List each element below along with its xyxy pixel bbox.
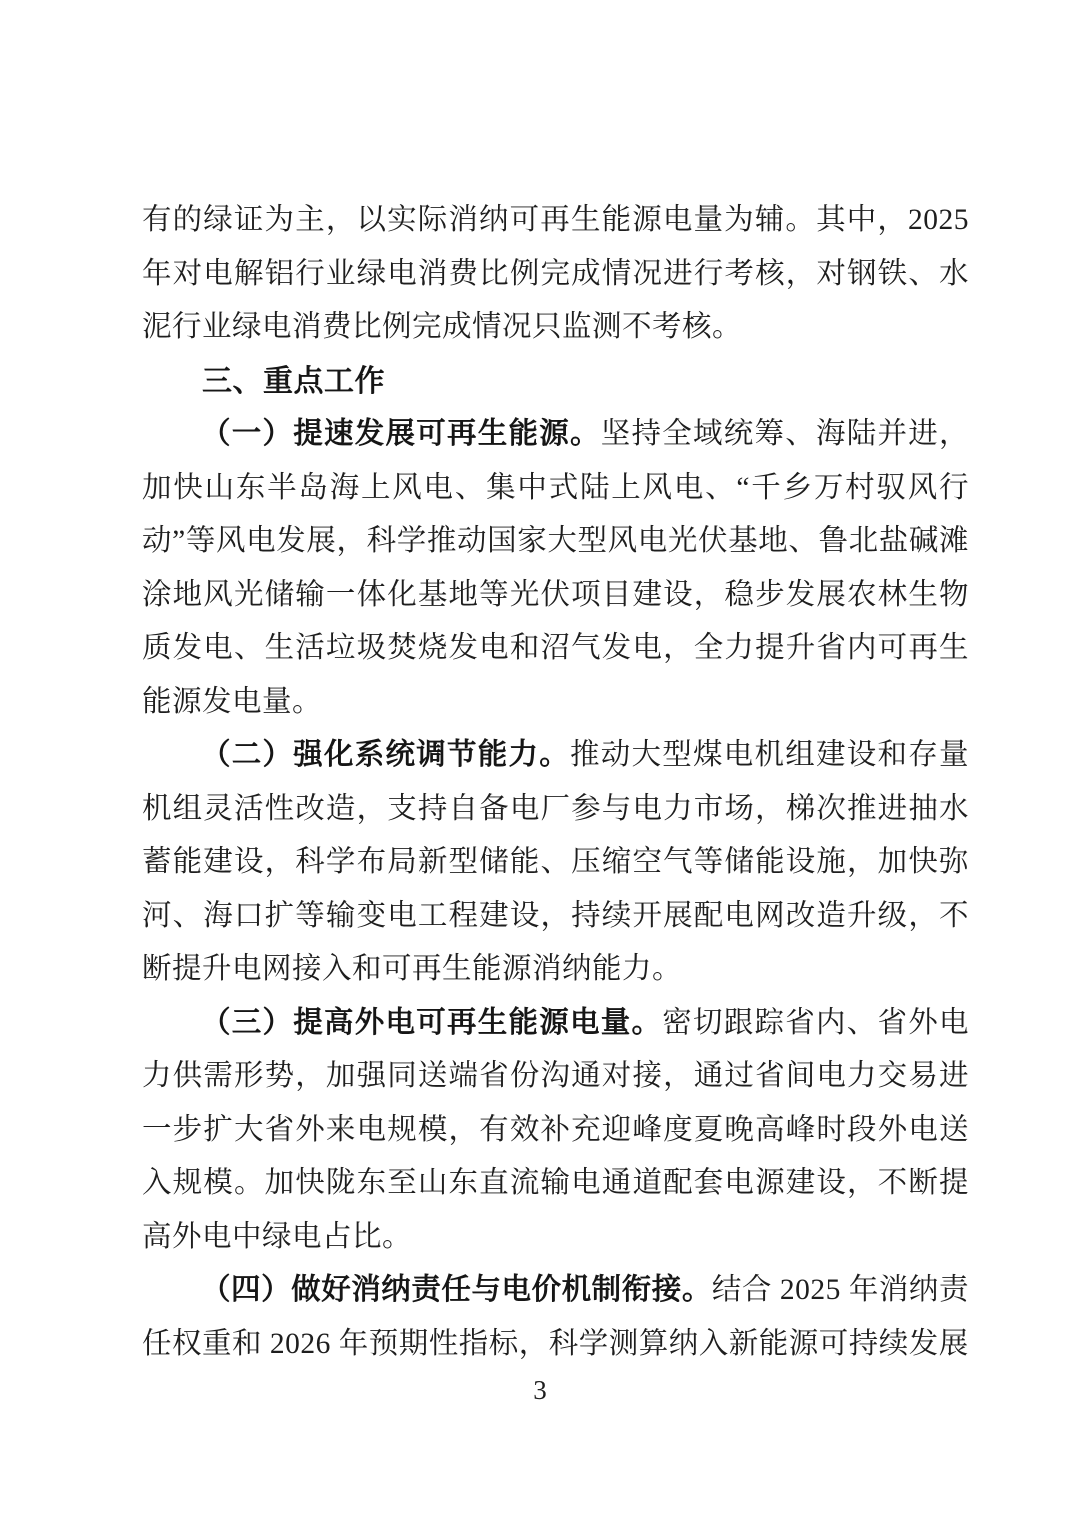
paragraph-4: （四）做好消纳责任与电价机制衔接。结合 2025 年消纳责任权重和 2026 年… [142,1264,969,1371]
paragraph-3: （三）提高外电可再生能源电量。密切跟踪省内、省外电力供需形势，加强同送端省份沟通… [142,997,969,1265]
paragraph-1-lead: （一）提速发展可再生能源。 [201,418,601,450]
paragraph-1: （一）提速发展可再生能源。坚持全域统筹、海陆并进，加快山东半岛海上风电、集中式陆… [142,408,969,729]
paragraph-3-text: 密切跟踪省内、省外电力供需形势，加强同送端省份沟通对接，通过省间电力交易进一步扩… [142,1007,969,1253]
paragraph-4-lead: （四）做好消纳责任与电价机制衔接。 [201,1274,712,1306]
paragraph-continuation: 有的绿证为主，以实际消纳可再生能源电量为辅。其中，2025 年对电解铝行业绿电消… [142,194,969,355]
paragraph-2-text: 推动大型煤电机组建设和存量机组灵活性改造，支持自备电厂参与电力市场，梯次推进抽水… [142,739,969,985]
page-number: 3 [0,1370,1080,1410]
document-page: 有的绿证为主，以实际消纳可再生能源电量为辅。其中，2025 年对电解铝行业绿电消… [0,0,1080,1527]
paragraph-3-lead: （三）提高外电可再生能源电量。 [201,1007,662,1039]
paragraph-2-lead: （二）强化系统调节能力。 [201,739,570,771]
paragraph-2: （二）强化系统调节能力。推动大型煤电机组建设和存量机组灵活性改造，支持自备电厂参… [142,729,969,997]
document-body: 有的绿证为主，以实际消纳可再生能源电量为辅。其中，2025 年对电解铝行业绿电消… [142,194,969,1371]
section-heading: 三、重点工作 [142,355,969,409]
paragraph-1-text: 坚持全域统筹、海陆并进，加快山东半岛海上风电、集中式陆上风电、“千乡万村驭风行动… [142,418,969,718]
